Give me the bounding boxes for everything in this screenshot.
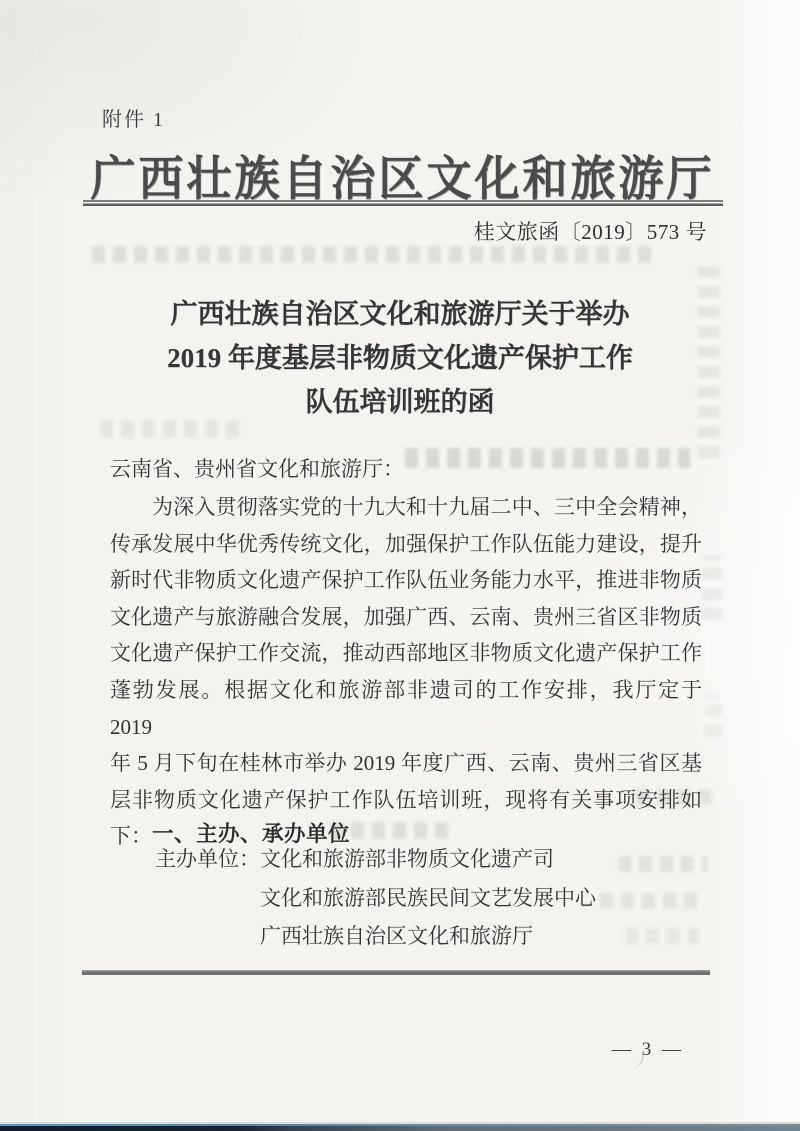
bleedthrough-artifact <box>705 695 722 737</box>
issuing-agency-name: 广西壮族自治区文化和旅游厅 <box>80 140 725 209</box>
body-line: 传承发展中华优秀传统文化，加强保护工作队伍能力建设，提升 <box>110 526 702 563</box>
organizer-name: 文化和旅游部民族民间文艺发展中心 <box>110 879 702 918</box>
scan-bottom-edge <box>0 1122 800 1131</box>
page-number: — 3 — <box>598 1039 698 1061</box>
body-line: 文化遗产与旅游融合发展，加强广西、云南、贵州三省区非物质 <box>110 599 702 636</box>
title-line: 广西壮族自治区文化和旅游厅关于举办 <box>105 292 695 336</box>
title-line: 2019 年度基层非物质文化遗产保护工作 <box>105 336 695 380</box>
organizer-name: 文化和旅游部非物质文化遗产司 <box>260 847 554 871</box>
document-title: 广西壮族自治区文化和旅游厅关于举办 2019 年度基层非物质文化遗产保护工作 队… <box>105 292 695 424</box>
body-line: 文化遗产保护工作交流，推动西部地区非物质文化遗产保护工作 <box>110 635 702 672</box>
bleedthrough-artifact <box>698 258 720 458</box>
organizer-name: 广西壮族自治区文化和旅游厅 <box>110 917 702 956</box>
organizer-row: 主办单位：文化和旅游部非物质文化遗产司 <box>110 840 702 879</box>
body-line: 为深入贯彻落实党的十九大和十九届二中、三中全会精神， <box>110 489 702 526</box>
attachment-label: 附件 1 <box>102 103 165 132</box>
organizer-list: 主办单位：文化和旅游部非物质文化遗产司 文化和旅游部民族民间文艺发展中心 广西壮… <box>110 840 702 956</box>
footer-rule <box>82 970 710 975</box>
body-line: 蓬勃发展。根据文化和旅游部非遗司的工作安排，我厅定于 2019 <box>110 672 702 745</box>
header-rule <box>83 200 723 206</box>
body-line: 层非物质文化遗产保护工作队伍培训班，现将有关事项安排如 <box>110 782 702 819</box>
bleedthrough-artifact <box>702 555 722 620</box>
bleedthrough-artifact <box>92 246 652 263</box>
body-line: 新时代非物质文化遗产保护工作队伍业务能力水平，推进非物质 <box>110 562 702 599</box>
body-line: 年 5 月下旬在桂林市举办 2019 年度广西、云南、贵州三省区基 <box>110 745 702 782</box>
bleedthrough-artifact <box>405 448 690 468</box>
scanned-document-page: 附件 1 广西壮族自治区文化和旅游厅 桂文旅函〔2019〕573 号 广西壮族自… <box>0 0 800 1131</box>
addressee: 云南省、贵州省文化和旅游厅： <box>110 453 404 483</box>
document-number: 桂文旅函〔2019〕573 号 <box>85 216 707 246</box>
organizer-label: 主办单位： <box>155 847 260 871</box>
body-paragraph: 为深入贯彻落实党的十九大和十九届二中、三中全会精神， 传承发展中华优秀传统文化，… <box>110 489 702 855</box>
title-line: 队伍培训班的函 <box>105 380 695 424</box>
scan-edge-highlight <box>742 0 800 1122</box>
